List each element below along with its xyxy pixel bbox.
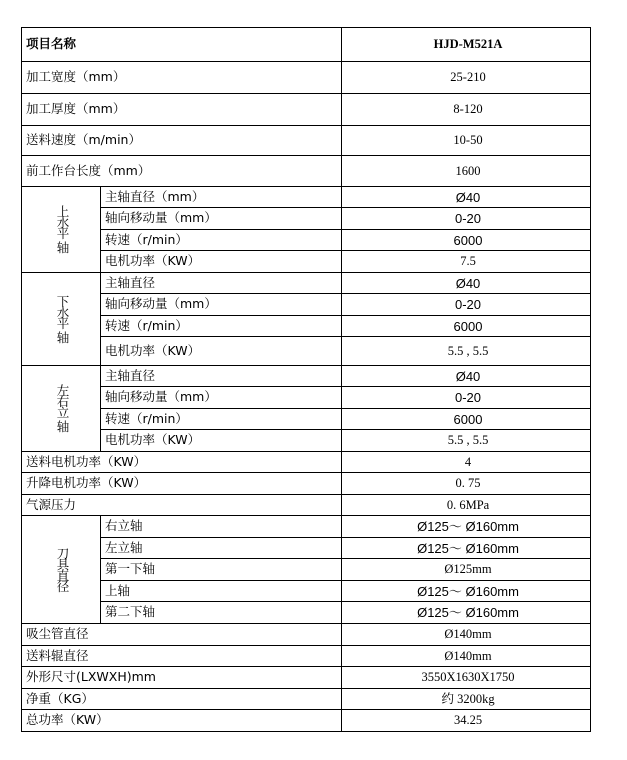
row-value: 34.25: [342, 710, 591, 732]
table-row: 气源压力 0. 6MPa: [22, 495, 591, 516]
row-value: 0-20: [342, 387, 591, 409]
row-label: 气源压力: [22, 495, 342, 516]
table-row: 转速（r/min） 6000: [22, 316, 591, 337]
row-label: 电机功率（KW）: [101, 430, 342, 452]
row-value: 6000: [342, 409, 591, 430]
row-label: 前工作台长度（mm）: [22, 156, 342, 187]
row-label: 升降电机功率（KW）: [22, 473, 342, 495]
row-value: Ø40: [342, 187, 591, 208]
table-row: 电机功率（KW） 5.5 , 5.5: [22, 337, 591, 366]
table-row: 送料电机功率（KW） 4: [22, 452, 591, 473]
row-label: 总功率（KW）: [22, 710, 342, 732]
table-row: 上轴 Ø125～ Ø160mm: [22, 581, 591, 602]
row-label: 加工厚度（mm）: [22, 94, 342, 126]
row-label: 转速（r/min）: [101, 230, 342, 251]
table-row: 左立轴 Ø125～ Ø160mm: [22, 538, 591, 559]
table-row: 电机功率（KW） 7.5: [22, 251, 591, 273]
table-row: 轴向移动量（mm） 0-20: [22, 294, 591, 316]
row-label: 轴向移动量（mm）: [101, 387, 342, 409]
row-label: 第一下轴: [101, 559, 342, 581]
table-row: 轴向移动量（mm） 0-20: [22, 387, 591, 409]
row-value: 5.5 , 5.5: [342, 430, 591, 452]
row-value: 1600: [342, 156, 591, 187]
table-row: 吸尘管直径 Ø140mm: [22, 624, 591, 646]
row-label: 净重（KG）: [22, 689, 342, 710]
row-value: Ø140mm: [342, 624, 591, 646]
table-row: 电机功率（KW） 5.5 , 5.5: [22, 430, 591, 452]
row-label: 主轴直径: [101, 366, 342, 387]
row-value: Ø125mm: [342, 559, 591, 581]
table-row: 左右立轴 主轴直径 Ø40: [22, 366, 591, 387]
row-value: 0-20: [342, 208, 591, 230]
group-label-lower-horizontal: 下水平轴: [22, 273, 101, 366]
table-row: 总功率（KW） 34.25: [22, 710, 591, 732]
table-row: 加工厚度（mm） 8-120: [22, 94, 591, 126]
group-label-left-right-vertical: 左右立轴: [22, 366, 101, 452]
table-row: 下水平轴 主轴直径 Ø40: [22, 273, 591, 294]
row-label: 电机功率（KW）: [101, 251, 342, 273]
row-label: 转速（r/min）: [101, 409, 342, 430]
row-value: 约 3200kg: [342, 689, 591, 710]
row-label: 主轴直径（mm）: [101, 187, 342, 208]
row-label: 送料辊直径: [22, 646, 342, 667]
table-row: 升降电机功率（KW） 0. 75: [22, 473, 591, 495]
row-label: 轴向移动量（mm）: [101, 294, 342, 316]
table-row: 刀具直径 右立轴 Ø125～ Ø160mm: [22, 516, 591, 538]
row-value: 8-120: [342, 94, 591, 126]
row-label: 左立轴: [101, 538, 342, 559]
table-row: 转速（r/min） 6000: [22, 409, 591, 430]
header-row: 项目名称 HJD-M521A: [22, 28, 591, 62]
table-row: 第二下轴 Ø125～ Ø160mm: [22, 602, 591, 624]
row-value: 25-210: [342, 62, 591, 94]
row-value: Ø140mm: [342, 646, 591, 667]
table-row: 外形尺寸(LXWXH)mm 3550X1630X1750: [22, 667, 591, 689]
table-row: 送料速度（m/min） 10-50: [22, 126, 591, 156]
row-value: 0-20: [342, 294, 591, 316]
row-label: 吸尘管直径: [22, 624, 342, 646]
table-row: 转速（r/min） 6000: [22, 230, 591, 251]
row-label: 右立轴: [101, 516, 342, 538]
row-label: 转速（r/min）: [101, 316, 342, 337]
row-value: Ø125～ Ø160mm: [342, 538, 591, 559]
row-label: 轴向移动量（mm）: [101, 208, 342, 230]
row-value: 6000: [342, 230, 591, 251]
row-value: 10-50: [342, 126, 591, 156]
row-value: 3550X1630X1750: [342, 667, 591, 689]
row-value: 6000: [342, 316, 591, 337]
header-label: 项目名称: [22, 28, 342, 62]
row-label: 外形尺寸(LXWXH)mm: [22, 667, 342, 689]
table-row: 第一下轴 Ø125mm: [22, 559, 591, 581]
row-value: 5.5 , 5.5: [342, 337, 591, 366]
row-label: 加工宽度（mm）: [22, 62, 342, 94]
table-row: 前工作台长度（mm） 1600: [22, 156, 591, 187]
row-value: 0. 6MPa: [342, 495, 591, 516]
row-label: 送料电机功率（KW）: [22, 452, 342, 473]
row-value: 4: [342, 452, 591, 473]
table-row: 送料辊直径 Ø140mm: [22, 646, 591, 667]
row-value: Ø40: [342, 366, 591, 387]
row-label: 上轴: [101, 581, 342, 602]
spec-table: 项目名称 HJD-M521A 加工宽度（mm） 25-210 加工厚度（mm） …: [21, 27, 591, 732]
table-row: 轴向移动量（mm） 0-20: [22, 208, 591, 230]
table-row: 加工宽度（mm） 25-210: [22, 62, 591, 94]
row-value: 7.5: [342, 251, 591, 273]
model-name: HJD-M521A: [342, 28, 591, 62]
row-value: Ø125～ Ø160mm: [342, 516, 591, 538]
group-label-tool-diameter: 刀具直径: [22, 516, 101, 624]
row-label: 第二下轴: [101, 602, 342, 624]
table-row: 上水平轴 主轴直径（mm） Ø40: [22, 187, 591, 208]
group-label-upper-horizontal: 上水平轴: [22, 187, 101, 273]
table-row: 净重（KG） 约 3200kg: [22, 689, 591, 710]
row-value: 0. 75: [342, 473, 591, 495]
row-value: Ø125～ Ø160mm: [342, 581, 591, 602]
row-value: Ø125～ Ø160mm: [342, 602, 591, 624]
row-label: 送料速度（m/min）: [22, 126, 342, 156]
row-label: 电机功率（KW）: [101, 337, 342, 366]
row-value: Ø40: [342, 273, 591, 294]
row-label: 主轴直径: [101, 273, 342, 294]
